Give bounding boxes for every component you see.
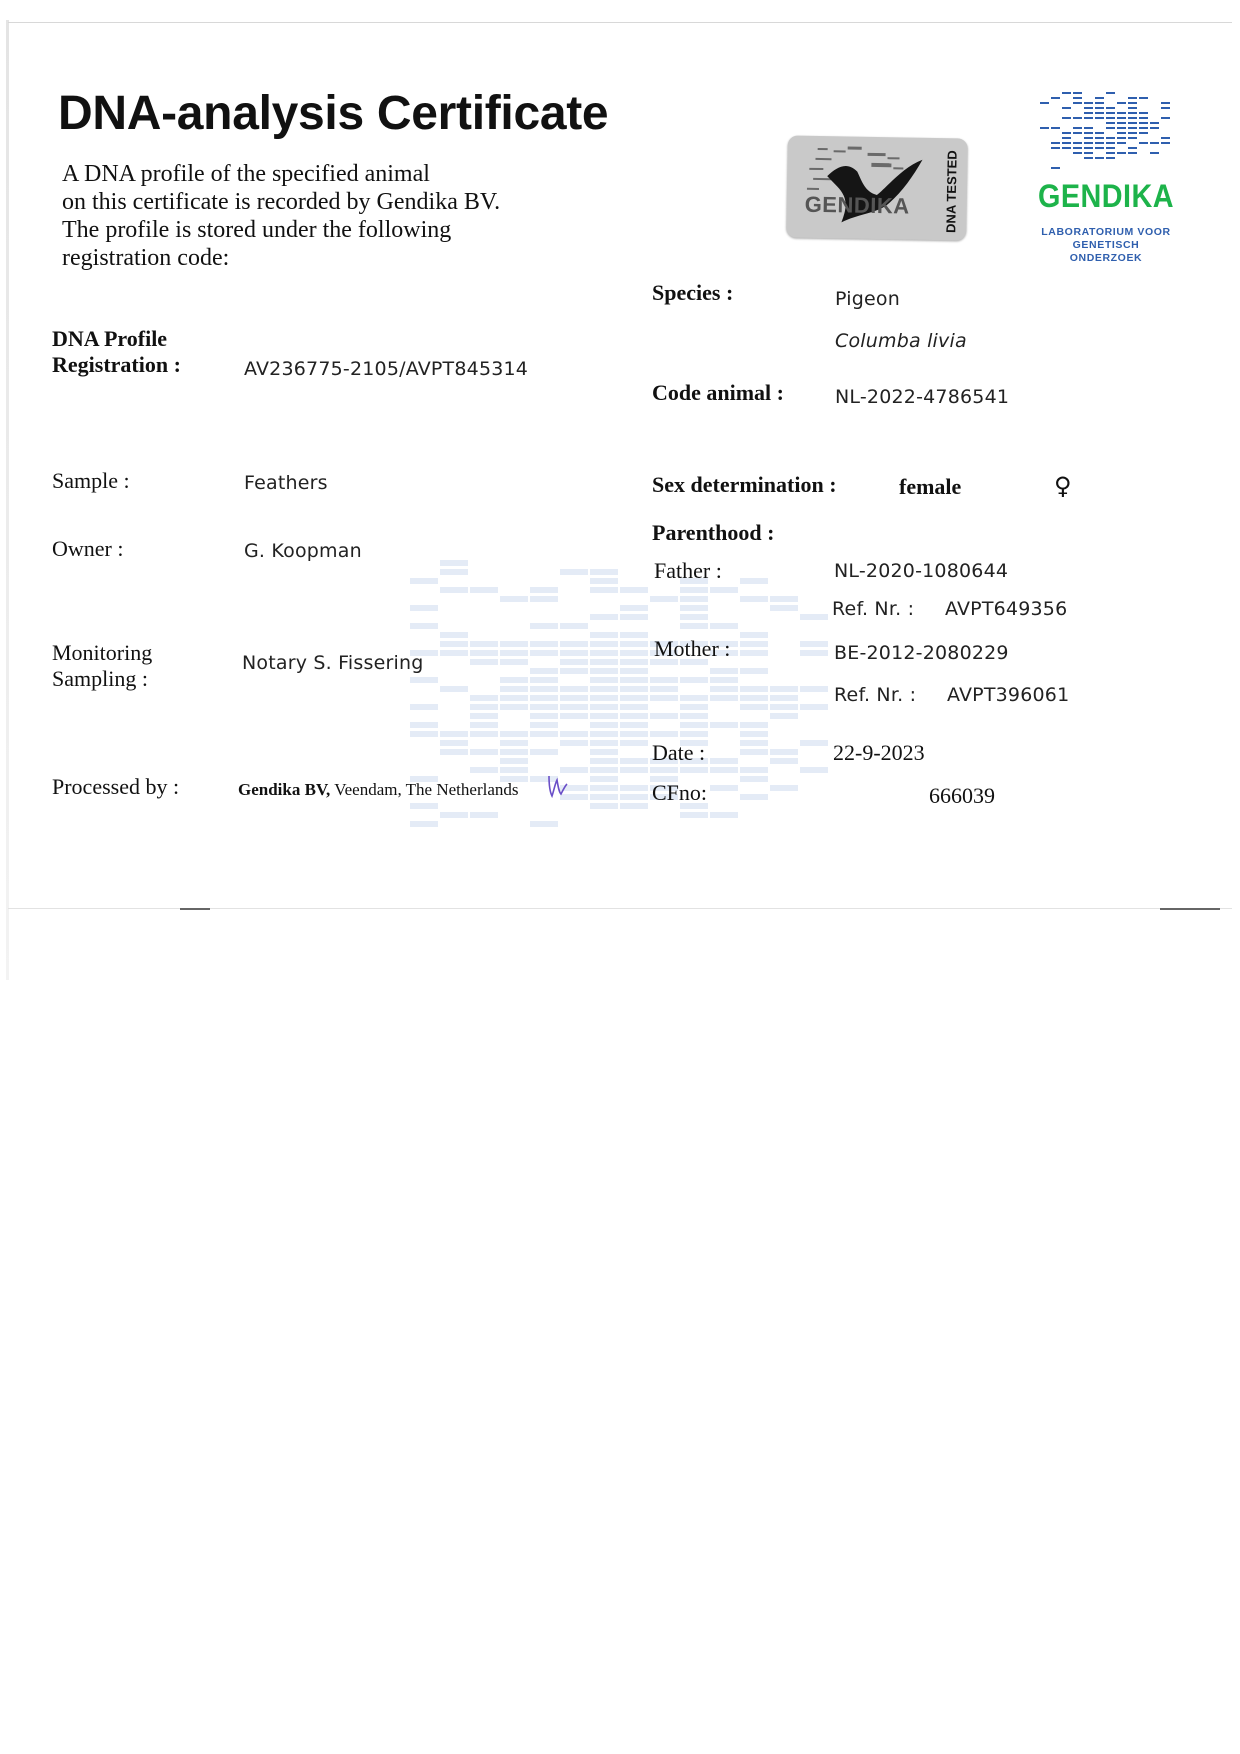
processed-company: Gendika BV, [238, 780, 330, 799]
intro-line: A DNA profile of the specified animal [62, 160, 582, 188]
intro-text: A DNA profile of the specified animal on… [62, 160, 582, 272]
fold-mark-left [180, 908, 210, 910]
page-title: DNA-analysis Certificate [58, 86, 608, 141]
signature-mark [546, 774, 568, 798]
sample-label: Sample : [52, 468, 130, 494]
sex-value: female [899, 474, 961, 500]
logo-subtitle: LABORATORIUM VOOR GENETISCH ONDERZOEK [1038, 226, 1174, 265]
code-animal-value: NL-2022-4786541 [835, 386, 1009, 408]
female-symbol-icon: ♀ [1054, 472, 1072, 500]
owner-label: Owner : [52, 536, 123, 562]
mother-label: Mother : [654, 636, 730, 662]
registration-label-2: Registration : [52, 352, 181, 378]
monitoring-label: Monitoring [52, 640, 152, 666]
monitoring-value: Notary S. Fissering [242, 652, 423, 674]
intro-line: The profile is stored under the followin… [62, 216, 582, 244]
sex-label: Sex determination : [652, 472, 837, 498]
stamp-caption: DNA TESTED [943, 150, 959, 233]
father-ref-label: Ref. Nr. : [832, 598, 914, 620]
date-label: Date : [652, 740, 705, 766]
date-value: 22-9-2023 [833, 740, 925, 766]
parenthood-label: Parenthood : [652, 520, 774, 546]
mother-ref-value: AVPT396061 [947, 684, 1069, 706]
scan-edge-top [8, 22, 1232, 23]
mother-ref-label: Ref. Nr. : [834, 684, 916, 706]
cfno-label: CFno: [652, 780, 707, 806]
species-common-value: Pigeon [835, 288, 900, 310]
processed-value: Gendika BV, Veendam, The Netherlands [238, 780, 519, 800]
father-ref-value: AVPT649356 [945, 598, 1067, 620]
flying-bird-icon [786, 135, 968, 240]
registration-value: AV236775-2105/AVPT845314 [244, 358, 528, 380]
processed-label: Processed by : [52, 774, 179, 800]
processed-location: Veendam, The Netherlands [330, 780, 518, 799]
sample-value: Feathers [244, 472, 328, 494]
dna-tested-stamp: GENDIKA DNA TESTED [786, 135, 968, 240]
logo-subtitle-line: GENETISCH ONDERZOEK [1038, 239, 1174, 265]
logo-name: GENDIKA [1038, 178, 1174, 215]
stamp-brand: GENDIKA [804, 192, 909, 220]
cfno-value: 666039 [929, 783, 995, 809]
father-value: NL-2020-1080644 [834, 560, 1008, 582]
father-label: Father : [654, 558, 722, 584]
mother-value: BE-2012-2080229 [834, 642, 1009, 664]
species-latin-value: Columba livia [835, 330, 967, 352]
intro-line: registration code: [62, 244, 582, 272]
intro-line: on this certificate is recorded by Gendi… [62, 188, 582, 216]
monitoring-label-2: Sampling : [52, 666, 148, 692]
gendika-logo-icon [1040, 92, 1172, 172]
registration-label: DNA Profile [52, 326, 167, 352]
logo-subtitle-line: LABORATORIUM VOOR [1038, 226, 1174, 239]
species-label: Species : [652, 280, 733, 306]
fold-mark-right [1160, 908, 1220, 910]
scan-edge-left [6, 20, 9, 980]
owner-value: G. Koopman [244, 540, 362, 562]
code-animal-label: Code animal : [652, 380, 784, 406]
